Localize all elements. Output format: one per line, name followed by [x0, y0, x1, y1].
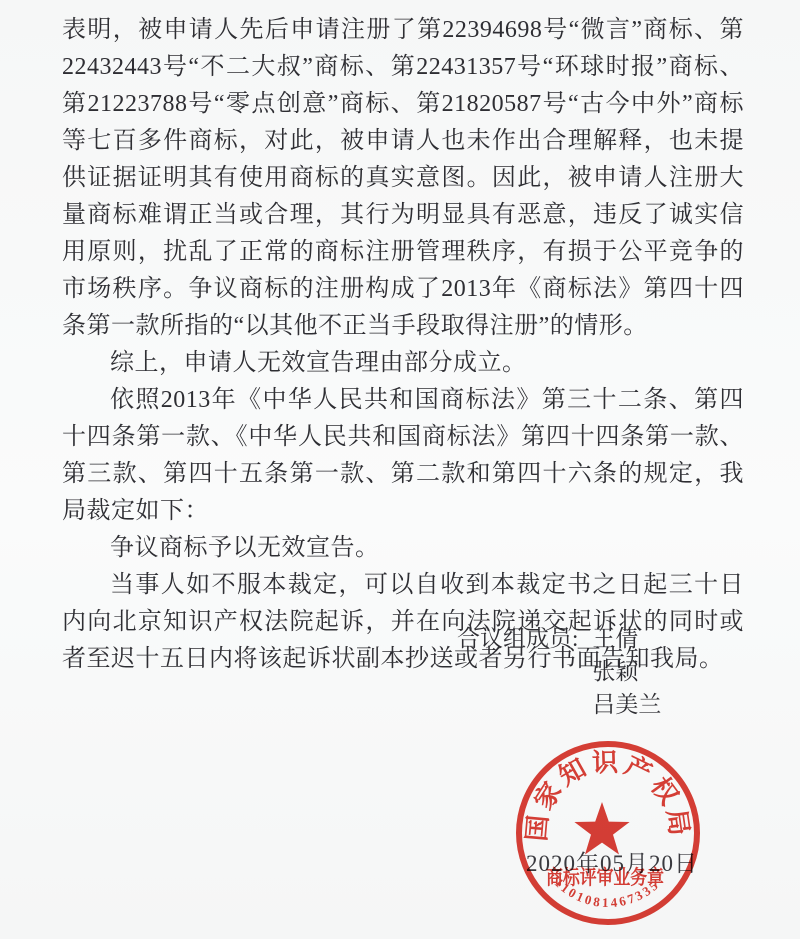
seal-star-icon	[574, 802, 629, 855]
paragraph-ruling: 争议商标予以无效宣告。	[62, 530, 744, 567]
decision-body-text: 表明，被申请人先后申请注册了第22394698号“微言”商标、第22432443…	[62, 12, 744, 678]
panel-members-block: 合议组成员: 王倩 张颖 吕美兰	[457, 622, 661, 721]
paragraph-conclusion: 综上，申请人无效宣告理由部分成立。	[62, 345, 744, 382]
official-seal: 国家知识产权局 商标评审业务章 1101081467335	[496, 721, 720, 939]
panel-member-name: 吕美兰	[592, 688, 661, 721]
panel-member-name: 王倩	[592, 622, 661, 655]
paragraph-continuation: 表明，被申请人先后申请注册了第22394698号“微言”商标、第22432443…	[62, 12, 744, 345]
scanned-document-page: 表明，被申请人先后申请注册了第22394698号“微言”商标、第22432443…	[0, 0, 800, 939]
panel-member-name: 张颖	[592, 655, 661, 688]
panel-member-names: 王倩 张颖 吕美兰	[592, 622, 661, 721]
paragraph-legal-basis: 依照2013年《中华人民共和国商标法》第三十二条、第四十四条第一款、《中华人民共…	[62, 382, 744, 530]
panel-members-label: 合议组成员:	[457, 622, 578, 721]
